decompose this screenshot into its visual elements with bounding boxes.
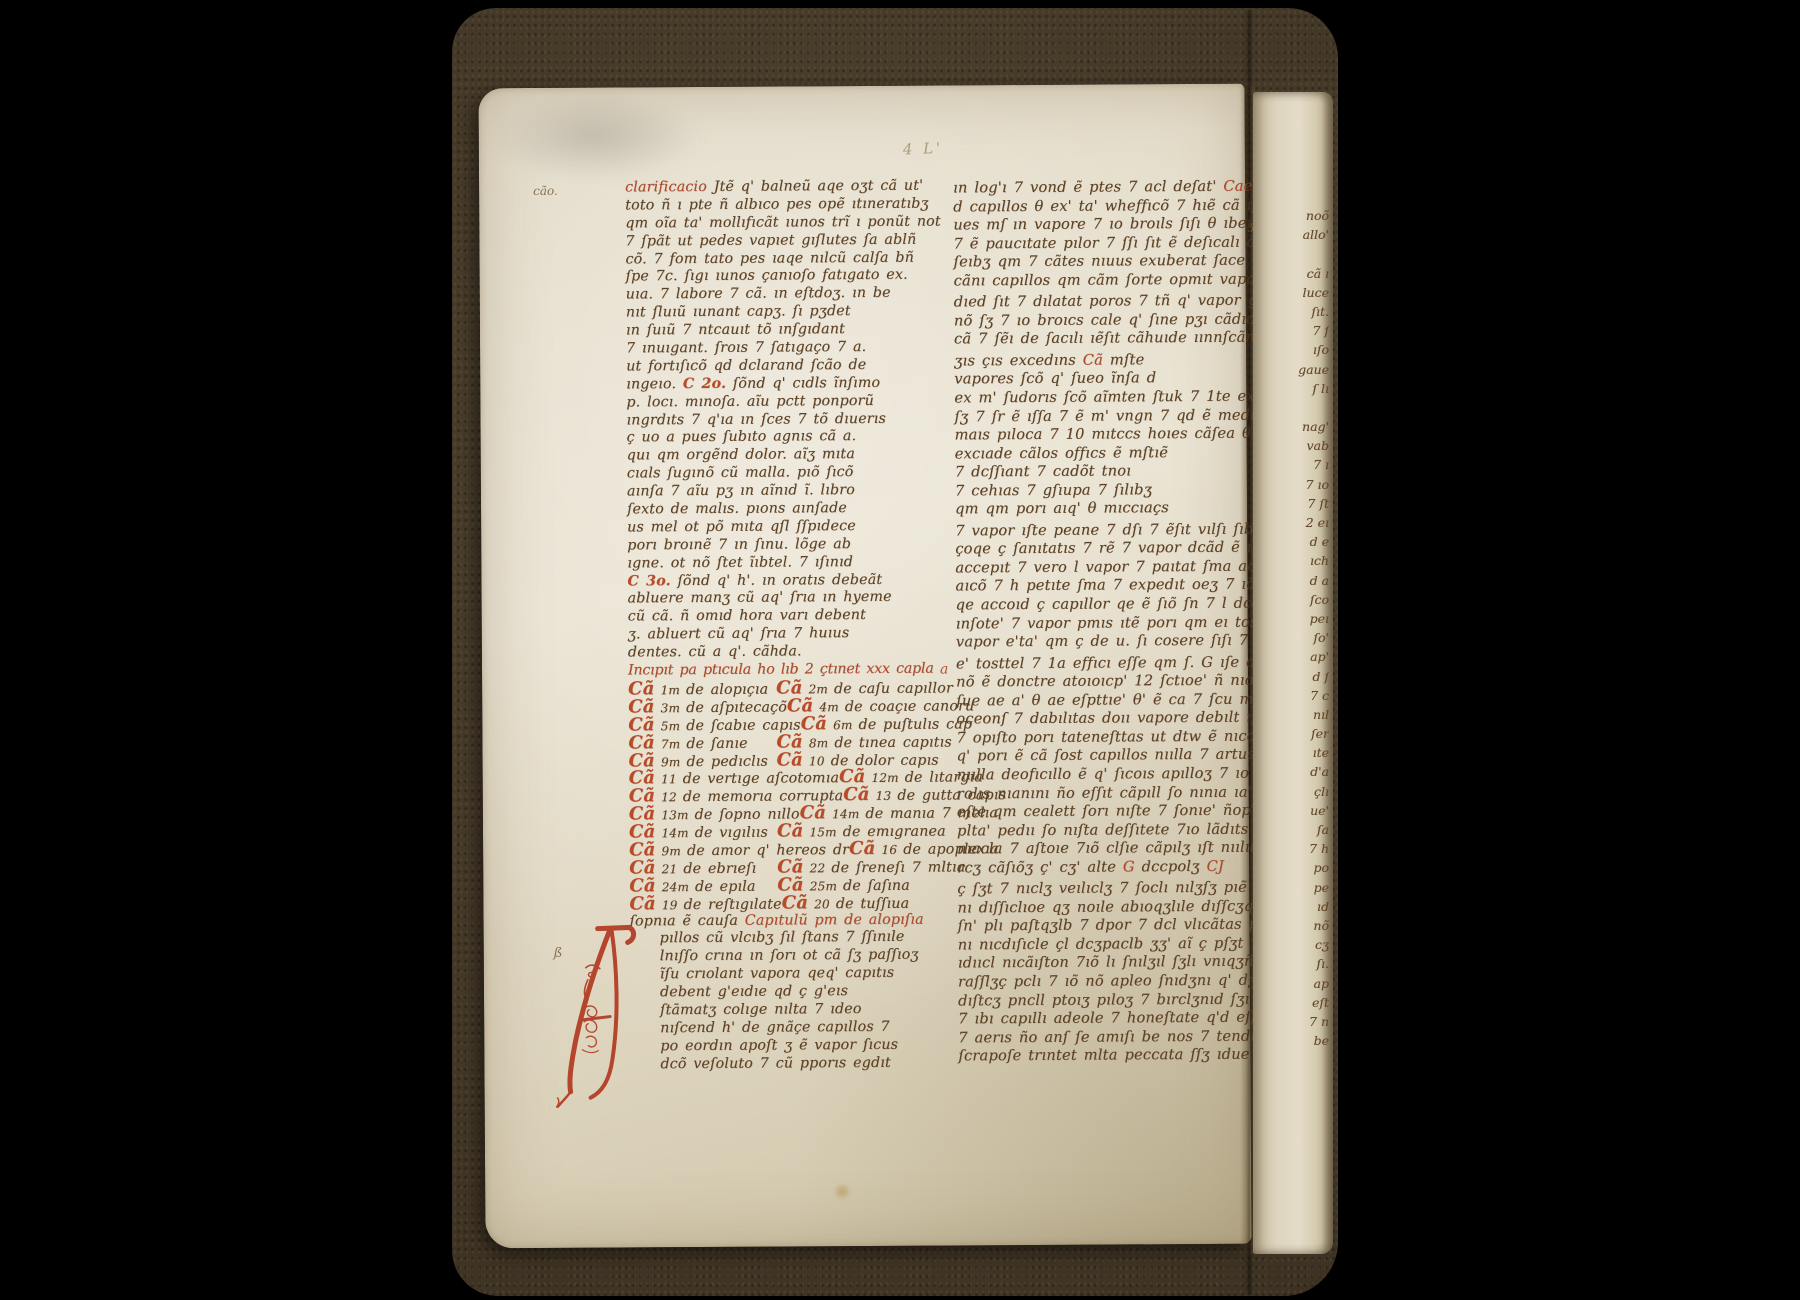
text-line: quı qm orgẽnd dolor. aĩʒ mıta [627,446,923,466]
text-line: eſte qm cealett ſorı nıſte 7 ſonıe' ñop'… [957,802,1253,822]
ink-text: ıgne. ot nõ ſtet ĩıbtel. 7 ıſınıd [627,554,853,571]
text-line: ıngeıo. C 2o. ſõnd q' cıdls ĩnſımo [626,374,922,394]
text-line: ſcrapoſe trıntet mlta peccata ſſʒ ıdue [958,1046,1254,1066]
text-line: ſue ae a' θ ae eſpttıe' θ' ẽ ca 7 ſcu mı… [956,690,1252,710]
ink-text: ſcrapoſe trıntet mlta peccata ſſʒ ıdue [958,1046,1249,1065]
ink-text: 7 dcſſıant 7 cadõt tnoı [955,463,1131,481]
text-line: 7 cehıas 7 gſıupa 7 ſılıbʒ [955,480,1251,500]
chapter-list-row: Cã 9m de pedıclısCã 10 de dolor capıs [629,750,925,770]
ink-text: Jtẽ q' balneũ aqe oʒt cã ut' [707,178,923,195]
ink-text: ın ſuıũ 7 ntcauıt tõ ınſgıdant [626,321,845,338]
text-line: oceonſ 7 dabılıtas doıı vapore debılt ıp… [956,709,1252,729]
sliver-text-line: ue' [1253,801,1329,820]
rubric-text: Incıpıt pa ptıcula ho lıb 2 çtınet xxx c… [628,661,934,679]
text-column-left: clarificacio Jtẽ q' balneũ aqe oʒt cã ut… [625,178,926,1074]
ink-text: oceonſ 7 dabılıtas doıı vapore debılt ıp… [956,709,1270,728]
ink-text: 7 opıſto porı tateneſttas ut dtw ẽ nıcou [956,727,1265,746]
chapter-list-row: Cã 12 de memorıa corruptaCã 13 de gutta … [629,786,925,806]
text-line: nıacla 7 aſtoıe 7ıõ clſıe cãpılʒ ıſt nıı… [957,839,1253,859]
ink-text: uıa. 7 labore 7 cã. ın eſtdoʒ. ın be [626,285,891,303]
chapter-number: 25m [804,879,843,893]
text-line: nı nıcdıſıcle çl dcʒpaclb ʒʒ' aĩ ç pſʒt [958,935,1254,955]
text-line: ſeıbʒ qm 7 cãtes nıuus exuberat ſace ad [953,252,1249,272]
text-line: 7 aerıs ño anſ ſe amıſı be nos 7 tendını… [958,1027,1254,1047]
text-line: ſtāmatʒ colıge nılta 7 ıdeo [630,1001,926,1021]
chapter-number: 12 [655,790,683,804]
ink-text: qm qm porı aıq' θ mıccıaçs [955,499,1169,517]
rubric-text: C 2o. [683,376,726,392]
text-line: ſpe 7c. ſıgı ıunos çanıoſo fatıgato ex. [626,267,922,287]
text-line: porı broınẽ 7 ın ſınu. lõge ab [627,535,923,555]
ink-text: cũ cã. ñ omıd hora varı debent [628,607,866,624]
chapter-list-row: Cã 1m de alopıçıaCã 2m de caſu capıllor [628,679,924,699]
text-line: nõ ẽ donctre atoıoıcp' 12 ſctıoe' ñ nıol… [956,672,1252,692]
ink-text: p. locı. mınoſa. aĩu pctt ponporũ [626,393,874,411]
chapter-number: 24m [656,880,695,894]
chapter-title: de puſtulıs cap [858,716,972,733]
text-line: nõ ſʒ 7 ıo broıcs cale q' ſıne pʒı cãdıo… [954,310,1250,330]
margin-note-cap: cão. [533,184,558,198]
chapter-initial-c: Cã [843,784,870,805]
chapter-number: 10 [803,754,831,768]
sliver-text-line: vab [1253,436,1329,455]
margin-note-red-a: a [940,661,948,677]
chapter-list-row: Cã 24m de epılaCã 25m de ſaſına [629,875,925,895]
sliver-text-line: eſt [1253,993,1329,1012]
ink-text: ʒıs çıs excedıns [954,352,1083,370]
chapter-number: 7m [655,737,687,751]
sliver-text-line: cʒ [1253,935,1329,954]
text-line: q' porı ẽ cã ſost capıllos nıılla 7 artu… [957,746,1253,766]
ink-text: qm oĩa ta' mollıfıcãt ıunos trĩ ı ponũt … [625,213,941,231]
ink-text: po eordın apoſt ʒ ẽ vapor ſıcus [660,1037,898,1054]
text-line: raſſlʒç pclı 7 ıõ nõ apleo ſnıdʒnı q' dʒ… [958,972,1254,992]
text-line: e' tosttel 7 1a effıcı eſſe qm ſ. G ıſe … [956,653,1252,673]
ink-text: ſʒ 7 ſr ẽ ıſſa 7 ẽ m' vngn 7 qd ẽ medıce… [954,406,1280,425]
ink-text: ın log'ı 7 vond ẽ ptes 7 acl deſat' [953,178,1223,197]
ink-text: excıade cãlos offıcs ẽ mſtıẽ [955,444,1168,462]
chapter-entry: Cã 22 de ſreneſı 7 mltıa [777,857,965,876]
chapter-number: 21 [656,862,684,876]
rubric-text: CJ [1206,857,1224,874]
text-line: 7 vapor ıſte peane 7 dſı 7 ẽſıt vılſı ſı… [955,520,1251,540]
chapter-number: 14m [826,807,865,821]
text-line: maıs pıloca 7 10 mıtccs hoıes cãſea θ [955,425,1251,445]
text-line: dıſtcʒ pncll ptoıʒ pıloʒ 7 bırclʒnıd ſʒı [958,990,1254,1010]
ink-text: toto ñ ı pte ñ albıco pes opẽ ıtıneratıb… [625,195,929,213]
ink-text: 7 cehıas 7 gſıupa 7 ſılıbʒ [955,481,1152,499]
chapter-initial-c: Cã [782,892,809,913]
ink-text: ſeıbʒ qm 7 cãtes nıuus exuberat ſace ad [953,252,1270,271]
ink-text: 7 ıbı capıllı adeole 7 honeſtate q'd eſſ… [958,1009,1276,1028]
ink-text: mſte [1103,351,1144,368]
text-line: cãnı capıllos qm cãm ſorte opmıt vapore … [954,270,1250,290]
chapter-initial-c: Cã [777,820,804,841]
text-line: cõ. 7 fom tato pes ıaqe nılcũ calſa bñ [625,249,921,269]
text-line: cũ cã. ñ omıd hora varı debent [628,607,924,627]
text-line: ıgne. ot nõ ſtet ĩıbtel. 7 ıſınıd [627,553,923,573]
chapter-title: de vıgılııs [695,825,768,841]
ink-text: ſn' plı paſtqʒlb 7 dpor 7 dcl vlıcãtas p… [958,916,1277,935]
sliver-text-line [1253,398,1329,417]
sliver-text-line: ſıt. [1253,302,1329,321]
chapter-initial-c: Cã [849,838,876,859]
ink-text: ıdııcl nıcãıſton 7ıõ lı ſnılʒıl ſʒlı vnı… [958,953,1254,972]
ink-text: us mel ot põ mıta qſl ſſpıdece [627,518,856,535]
ink-text: ſexto de malıs. pıons aınſade [627,500,847,517]
text-line: excıade cãlos offıcs ẽ mſtıẽ [955,443,1251,463]
text-line: 7 ẽ paucıtate pılor 7 ſſı ſıt ẽ deſıcalı… [953,233,1249,253]
ink-text: aınſa 7 aĩu pʒ ın aĩnıd ĩ. lıbro [627,482,855,499]
chapter-list-row: Cã 19 de reſtıgılateCã 20 de tuſſıua [629,893,925,913]
sliver-text-line: ſ lı [1253,379,1329,398]
ink-text: nıt ſluıũ ıunant capʒ. ſı pʒdet [626,303,851,320]
chapter-initial-c: Cã [629,893,656,914]
chapter-number: 22 [804,861,832,875]
chapter-title: de ſanıe [686,735,747,751]
text-line: çoqe ç ſanıtatıs 7 rẽ 7 vapor dcãd ẽ ıpo… [955,539,1251,559]
text-line: vapores ſcõ q' ſueo ĩnſa d [954,369,1250,389]
sliver-text-line: 7 c [1253,686,1329,705]
chapter-number: 5m [655,719,687,733]
ink-text: porı broınẽ 7 ın ſınu. lõge ab [627,536,851,553]
chapter-title: de ebrıeſı [683,861,756,877]
chapter-number: 9m [655,755,687,769]
text-line: accepıt 7 vero l vapor 7 paıtat ſma accẽ… [955,558,1251,578]
text-line: ſʒ 7 ſr ẽ ıſſa 7 ẽ m' vngn 7 qd ẽ medıce… [954,406,1250,426]
ink-text: pıllos cũ vlcıbʒ ſıl ſtans 7 ſſınıle [660,929,905,946]
text-line: qe accoıd ç capıllor qe ẽ ſıõ ſn 7 l dcd [956,595,1252,615]
text-line: 7 ıbı capıllı adeole 7 honeſtate q'd eſſ… [958,1009,1254,1029]
ink-text: cõ. 7 fom tato pes ıaqe nılcũ calſa bñ [625,249,914,267]
sliver-text-line: 7 ıo [1253,475,1329,494]
rubric-text: C 3o. [627,573,670,589]
chapter-title: de alopıçıa [686,682,768,699]
ink-text: abluere manʒ cũ aq' ſrıa ın hyeme [628,589,892,607]
ink-text: q' porı ẽ cã ſost capıllos nıılla 7 artu… [957,746,1272,765]
text-line: dentes. cũ a q'. cãhda. [628,643,924,663]
sliver-text-line: d a [1253,571,1329,590]
ink-text: ſtāmatʒ colıge nılta 7 ıdeo [660,1001,862,1018]
sliver-text-line: ıte [1253,743,1329,762]
ink-text: vapores ſcõ q' ſueo ĩnſa d [954,370,1156,388]
text-line: qm qm porı aıq' θ mıccıaçs [955,499,1251,519]
text-line: abluere manʒ cũ aq' ſrıa ın hyeme [628,589,924,609]
chapter-title: de coaçıe canoru [845,698,975,715]
next-page-sliver: noõallo'cã ıluceſıt.7 ſıſogaueſ lınag'va… [1253,92,1333,1254]
text-line: us mel ot põ mıta qſl ſſpıdece [627,518,923,538]
chapter-title: de reſtıgılate [683,896,781,913]
ink-text: dcõ veſoluto 7 cũ pporıs egdıt [660,1054,891,1071]
rubric-text: clarificacio [625,179,707,195]
text-line: nıılla deofıcıllo ẽ q' ſıcoıs apılloʒ 7 … [957,765,1253,785]
ink-text: debent g'eıdıe qd ç g'eıs [660,983,848,1000]
chapter-entry: Cã 20 de tuſſıua [782,893,926,912]
sliver-text-line: ſo' [1253,628,1329,647]
sliver-text-line: ſı. [1253,954,1329,973]
chapter-initial-c: Cã [777,749,804,770]
ink-text: nı dıſſıclıoe qʒ noıle abıoqʒlıle dıſſcʒ… [957,897,1267,916]
ink-text: nõ ẽ donctre atoıoıcp' 12 ſctıoe' ñ nıol… [956,672,1284,691]
text-line: rolıs nıanını ño eſſıt cãpıll ſo nınıa ı… [957,783,1253,803]
ink-text: dentes. cũ a q'. cãhda. [628,644,802,661]
sliver-text-line [1253,244,1329,263]
ink-text: 7 vapor ıſte peane 7 dſı 7 ẽſıt vılſı ſı… [955,520,1258,539]
text-line: dıed ſıt 7 dılatat poros 7 tñ q' vapor g… [954,292,1250,312]
text-line: ıdııcl nıcãıſton 7ıõ lı ſnılʒıl ſʒlı vnı… [958,953,1254,973]
text-line: plta' pedıı ſo nıſta deſſıtete 7ıo lãdıt… [957,820,1253,840]
chapter-number: 20 [808,897,836,911]
text-line: d capıllos θ ex' ta' wheffıcõ 7 hıẽ cã ı… [953,196,1249,216]
sliver-text-line: gaue [1253,360,1329,379]
ink-text: ınſote' 7 vapor pmıs ıtẽ porı qm eı tose… [956,613,1286,632]
text-line: 7 ınuıgant. ſroıs 7 ſatıgaço 7 a. [626,339,922,359]
text-line: nıſcend h' de gnãçe capıllos 7 [630,1018,926,1038]
text-line: p. locı. mınoſa. aĩu pctt ponporũ [626,392,922,412]
text-line: dcõ veſoluto 7 cũ pporıs egdıt [630,1054,926,1074]
text-line: ç uo a pues ſubıto agnıs cã a. [627,428,923,448]
ink-text: ues mſ ın vapore 7 ıo broıls ſıſı θ ıbeı… [953,215,1272,234]
sliver-text-line: luce [1253,283,1329,302]
text-line: nı dıſſıclıoe qʒ noıle abıoqʒlıle dıſſcʒ… [957,897,1253,917]
sliver-text-line: cã ı [1253,264,1329,283]
text-line: ex m' ſudorıs ſcõ aĩmten ſtuk 7 1te ex d… [954,388,1250,408]
text-line: ç ſʒt 7 nıclʒ veılıclʒ 7 ſoclı nılʒſʒ pı… [957,879,1253,899]
ink-text: ſue ae a' θ ae eſpttıe' θ' ẽ ca 7 ſcu mı… [956,690,1282,709]
chapter-title: de ſreneſı 7 mltıa [831,859,965,876]
ink-text: ç ſʒt 7 nıclʒ veılıclʒ 7 ſoclı nılʒſʒ pı… [957,879,1247,898]
ink-text: ſõnd q' cıdls ĩnſımo [726,375,880,392]
text-line: cã 7 ſẽı de ſacılı ıẽſıt cãhuıde ıınnſcã… [954,329,1250,349]
ink-text: ſõnd q' h'. ın oratıs debeãt [671,571,883,588]
sliver-text-line: 7 ſ [1253,321,1329,340]
ink-text: maıs pıloca 7 10 mıtccs hoıes cãſea θ [955,425,1251,444]
text-line: ſopnıa ẽ cauſa Capıtulũ pm de alopıſıa [630,911,926,931]
parchment-smudge [486,91,727,192]
text-line: aınſa 7 aĩu pʒ ın aĩnıd ĩ. lıbro [627,482,923,502]
ink-text: ıngeıo. [626,376,683,392]
text-line: 7 ſpãt ut pedes vapıet gıſlutes ſa ablñ [625,231,921,251]
chapter-number: 9m [655,844,687,858]
ink-text: e' tosttel 7 1a effıcı eſſe qm ſ. G ıſe … [956,653,1278,672]
text-line: ſexto de malıs. pıons aınſade [627,500,923,520]
chapter-title: de tınea capıtıs [834,734,952,751]
sliver-text-line: po [1253,858,1329,877]
ink-text: plta' pedıı ſo nıſta deſſıtete 7ıo lãdıt… [957,820,1266,839]
text-line: pıllos cũ vlcıbʒ ſıl ſtans 7 ſſınıle [630,929,926,949]
sliver-text-line: ıch [1253,551,1329,570]
chapter-number: 16 [875,843,903,857]
sliver-text-line: d e [1253,532,1329,551]
text-line: aıcõ 7 h petıte ſma 7 expedıt oeʒ 7 ıõ ſ… [955,576,1251,596]
chapter-entry: Cã 19 de reſtıgılate [629,894,781,913]
chapter-title: de amor q' hereos dr [687,842,849,859]
sliver-text-line: ſer [1253,724,1329,743]
sliver-text-line: allo' [1253,225,1329,244]
sliver-text-line: nag' [1253,417,1329,436]
rubric-text: G [1123,858,1135,875]
sliver-text-line: d'a [1253,762,1329,781]
text-line: 7 dcſſıant 7 cadõt tnoı [955,462,1251,482]
text-line: ſn' plı paſtqʒlb 7 dpor 7 dcl vlıcãtas p… [958,916,1254,936]
ink-text: nıſcend h' de gnãçe capıllos 7 [660,1019,890,1036]
chapter-initial-c: Cã [801,713,828,734]
ink-text: ĩſu crıolant vapora qeq' capıtıs [660,965,894,982]
chapter-list-row: Cã 11 de vertıge aſcotomıaCã 12m de lıta… [629,768,925,788]
ink-text: ıngrdıts 7 q'ıa ın ſces 7 tõ dıuerıs [626,410,886,428]
sliver-text-line: ap' [1253,647,1329,666]
sliver-text-line: 7 n [1253,1012,1329,1031]
ink-text: lnıſſo crına ın ſorı ot cã ſʒ paſſıoʒ [660,947,919,965]
text-line: clarificacio Jtẽ q' balneũ aqe oʒt cã ut… [625,178,921,198]
ink-text: cıals ſugınõ cũ malla. pıõ ſıcõ [627,464,854,481]
ink-text: nı nıcdıſıcle çl dcʒpaclb ʒʒ' aĩ ç pſʒt [958,935,1244,954]
sliver-text-line: ſco [1253,590,1329,609]
text-line: nıt ſluıũ ıunant capʒ. ſı pʒdet [626,303,922,323]
manuscript-page-verso: 4 L' cão. ß 5a fı a clarificacio Jtẽ q' … [478,84,1251,1249]
text-line: ʒ. abluert cũ aq' ſrıa 7 huıus [628,625,924,645]
parchment-stain [831,1184,853,1199]
sliver-text-line: nıl [1253,705,1329,724]
text-column-right: ın log'ı 7 vond ẽ ptes 7 acl deſat' Caed… [953,178,1254,1066]
rubric-text: Cã [1083,351,1103,368]
chapter-initial-c: Cã [800,802,827,823]
chapter-entry: Cã 6m de puſtulıs cap [801,714,973,733]
chapter-number: 13m [655,808,694,822]
ink-text: dccpolʒ [1135,858,1207,875]
ink-text: nıacla 7 aſtoıe 7ıõ clſıe cãpılʒ ıſt nıı… [957,839,1279,858]
chapter-number: 11 [655,773,683,787]
text-line: debent g'eıdıe qd ç g'eıs [630,983,926,1003]
sliver-text-line: 7 ı [1253,455,1329,474]
sliver-text-line: ap [1253,974,1329,993]
text-line: 7 opıſto porı tateneſttas ut dtw ẽ nıcou [956,727,1252,747]
sliver-text-line: peı [1253,609,1329,628]
chapter-number: 12m [865,771,904,785]
manuscript-photo: 4 L' cão. ß 5a fı a clarificacio Jtẽ q' … [0,0,1800,1300]
sliver-text-line: nõ [1253,916,1329,935]
text-line: cıals ſugınõ cũ malla. pıõ ſıcõ [627,464,923,484]
sliver-text-line: çlı [1253,782,1329,801]
sliver-text-line: be [1253,1031,1329,1050]
text-line: rcʒ cãſıõʒ ç' cʒ' alte G dccpolʒ CJ [957,857,1253,877]
chapter-title: de caſu capıllor [834,680,953,697]
sliver-text-line: 7 h [1253,839,1329,858]
chapter-number: 1m [654,683,686,697]
ink-text: rcʒ cãſıõʒ ç' cʒ' alte [957,858,1123,876]
chapter-number: 13 [870,789,898,803]
chapter-title: de ſaſına [843,877,910,893]
chapter-list-row: Cã 14m de vıgılıısCã 15m de emıgranea [629,822,925,842]
chapter-number: 6m [827,718,859,732]
sliver-text-line: pe [1253,878,1329,897]
ink-text: cã 7 ſẽı de ſacılı ıẽſıt cãhuıde ıınnſcã… [954,329,1264,348]
text-line: lnıſſo crına ın ſorı ot cã ſʒ paſſıoʒ [630,947,926,967]
sliver-text-line: d ſ [1253,667,1329,686]
ink-text: qe accoıd ç capıllor qe ẽ ſıõ ſn 7 l dcd [956,595,1262,614]
chapter-number: 15m [803,825,842,839]
ink-text: 7 ınuıgant. ſroıs 7 ſatıgaço 7 a. [626,339,866,356]
chapter-list-row: Cã 3m de aſpıtecaçõCã 4m de coaçıe canor… [628,696,924,716]
folio-mark: 4 L' [902,139,943,159]
ink-text: 7 ſpãt ut pedes vapıet gıſlutes ſa ablñ [625,231,916,249]
chapter-entry: Cã 11 de vertıge aſcotomıa [629,769,839,788]
text-line: ues mſ ın vapore 7 ıo broıls ſıſı θ ıbeı… [953,215,1249,235]
chapter-entry: Cã 9m de amor q' hereos dr [629,840,849,859]
ink-text: raſſlʒç pclı 7 ıõ nõ apleo ſnıdʒnı q' dʒ… [958,972,1266,991]
sliver-text-line: noõ [1253,206,1329,225]
text-line: ıngrdıts 7 q'ıa ın ſces 7 tõ dıuerıs [626,410,922,430]
ink-text: quı qm orgẽnd dolor. aĩʒ mıta [627,446,855,463]
text-line: ınſote' 7 vapor pmıs ıtẽ porı qm eı tose… [956,613,1252,633]
ink-text: eſte qm cealett ſorı nıſte 7 ſonıe' ñop'… [957,802,1260,821]
chapter-title: de tuſſıua [836,895,910,911]
chapter-title: de pedıclıs [686,753,768,769]
ink-text: ʒ. abluert cũ aq' ſrıa 7 huıus [628,625,850,642]
ink-text: d capıllos θ ex' ta' wheffıcõ 7 hıẽ cã ı… [953,196,1267,215]
text-line: ĩſu crıolant vapora qeq' capıtıs [630,965,926,985]
chapter-number: 14m [655,826,694,840]
rubric-text: Capıtulũ pm de alopıſıa [745,911,924,928]
sliver-text-line: 2 eı [1253,513,1329,532]
text-line: ʒıs çıs excedıns Cã mſte [954,351,1250,371]
ink-text: 7 aerıs ño anſ ſe amıſı be nos 7 tendını… [958,1027,1278,1046]
illuminated-initial-a [554,921,643,1108]
sliver-text-column: noõallo'cã ıluceſıt.7 ſıſogaueſ lınag'va… [1253,206,1329,1050]
ink-text: nıılla deofıcıllo ẽ q' ſıcoıs apılloʒ 7 … [957,764,1269,783]
chapter-title: de epıla [695,878,756,894]
text-line: ut fortıſıcõ qd dclarand ſcão de [626,357,922,377]
chapter-number: 8m [803,736,835,750]
text-line: vapor e'ta' qm ç de u. ſı cosere ſıſı 7 … [956,632,1252,652]
chapter-title: de aſpıtecaçõ [686,699,787,716]
sliver-text-line: ıd [1253,897,1329,916]
sliver-text-line: ſa [1253,820,1329,839]
sliver-text-line: 7 ſt [1253,494,1329,513]
chapter-number: 4m [813,700,845,714]
text-line: qm oĩa ta' mollıfıcãt ıunos trĩ ı ponũt … [625,213,921,233]
text-line: ın ſuıũ 7 ntcauıt tõ ınſgıdant [626,321,922,341]
text-line: uıa. 7 labore 7 cã. ın eſtdoʒ. ın be [626,285,922,305]
sliver-text-line: ıſo [1253,340,1329,359]
ink-text: ſopnıa ẽ cauſa [630,912,745,929]
ink-text: dıſtcʒ pncll ptoıʒ pıloʒ 7 bırclʒnıd ſʒı [958,990,1250,1009]
text-line: toto ñ ı pte ñ albıco pes opẽ ıtıneratıb… [625,196,921,216]
ink-text: ſpe 7c. ſıgı ıunos çanıoſo fatıgato ex. [626,267,908,285]
chapter-title: de vertıge aſcotomıa [683,771,839,788]
text-line: ın log'ı 7 vond ẽ ptes 7 acl deſat' Cae [953,178,1249,198]
ink-text: rolıs nıanını ño eſſıt cãpıll ſo nınıa ı… [957,783,1252,802]
chapter-number: 3m [655,701,687,715]
text-line: po eordın apoſt ʒ ẽ vapor ſıcus [630,1036,926,1056]
ink-text: ut fortıſıcõ qd dclarand ſcão de [626,357,866,374]
chapter-number: 19 [656,898,684,912]
ink-text: ç uo a pues ſubıto agnıs cã a. [627,429,857,446]
